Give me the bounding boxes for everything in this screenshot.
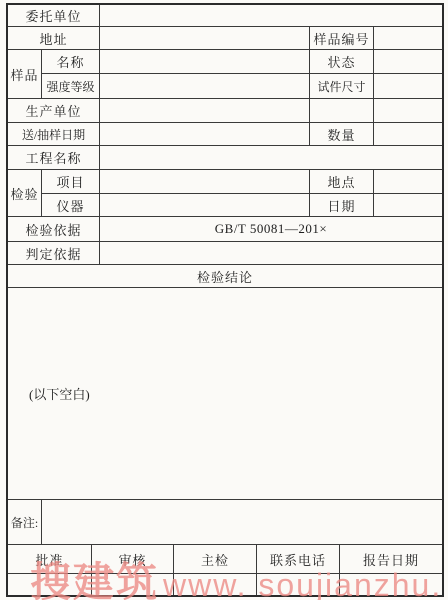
sample-no-label: 样品编号	[310, 27, 374, 50]
form-main-grid: 委托单位 地址 样品编号 样品 名称 状态 强度等级 试件尺寸 生产单位 送/抽…	[8, 5, 442, 545]
address-value	[100, 27, 310, 50]
inspection-basis-value: GB/T 50081—201×	[100, 217, 442, 242]
inspection-item-value	[100, 170, 310, 194]
specimen-size-value	[374, 74, 442, 99]
inspection-group-label: 检验	[8, 170, 42, 217]
production-unit-extra-cell	[310, 99, 374, 123]
chief-inspector-label: 主检	[174, 545, 257, 574]
conclusion-header: 检验结论	[8, 265, 442, 288]
reviewer-label: 审核	[92, 545, 174, 574]
inspection-item-label: 项目	[42, 170, 100, 194]
sample-group-label: 样品	[8, 50, 42, 99]
report-date-value	[340, 574, 442, 595]
date-value	[374, 194, 442, 217]
sampling-date-label: 送/抽样日期	[8, 123, 100, 146]
quantity-value	[374, 123, 442, 146]
specimen-size-label: 试件尺寸	[310, 74, 374, 99]
sample-name-label: 名称	[42, 50, 100, 74]
address-label: 地址	[8, 27, 100, 50]
approver-value	[8, 574, 92, 595]
production-unit-label: 生产单位	[8, 99, 100, 123]
sampling-date-value	[100, 123, 310, 146]
conclusion-area: (以下空白)	[8, 288, 442, 500]
client-unit-label: 委托单位	[8, 5, 100, 27]
project-name-value	[100, 146, 442, 170]
judgment-basis-label: 判定依据	[8, 242, 100, 265]
sample-no-value	[374, 27, 442, 50]
remarks-value	[42, 500, 442, 545]
instrument-label: 仪器	[42, 194, 100, 217]
form-footer-grid: 批准 审核 主检 联系电话 报告日期	[8, 545, 442, 595]
report-date-label: 报告日期	[340, 545, 442, 574]
blank-below-note: (以下空白)	[29, 384, 90, 403]
site-label: 地点	[310, 170, 374, 194]
inspection-basis-label: 检验依据	[8, 217, 100, 242]
contact-phone-label: 联系电话	[257, 545, 340, 574]
contact-phone-value	[257, 574, 340, 595]
chief-inspector-value	[174, 574, 257, 595]
strength-grade-value	[100, 74, 310, 99]
sample-name-value	[100, 50, 310, 74]
strength-grade-label: 强度等级	[42, 74, 100, 99]
reviewer-value	[92, 574, 174, 595]
project-name-label: 工程名称	[8, 146, 100, 170]
production-unit-extra-value	[374, 99, 442, 123]
status-label: 状态	[310, 50, 374, 74]
judgment-basis-value	[100, 242, 442, 265]
date-label: 日期	[310, 194, 374, 217]
report-form-page: 委托单位 地址 样品编号 样品 名称 状态 强度等级 试件尺寸 生产单位 送/抽…	[0, 0, 448, 600]
client-unit-value	[100, 5, 442, 27]
production-unit-value	[100, 99, 310, 123]
status-value	[374, 50, 442, 74]
approver-label: 批准	[8, 545, 92, 574]
instrument-value	[100, 194, 310, 217]
quantity-label: 数量	[310, 123, 374, 146]
remarks-label: 备注:	[8, 500, 42, 545]
site-value	[374, 170, 442, 194]
report-form-table: 委托单位 地址 样品编号 样品 名称 状态 强度等级 试件尺寸 生产单位 送/抽…	[6, 3, 444, 597]
